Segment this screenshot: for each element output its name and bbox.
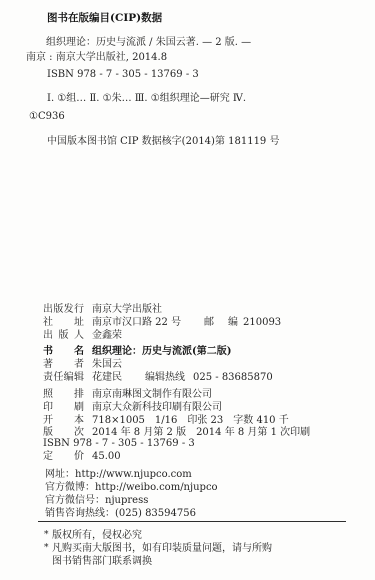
cip-title-line: 组织理论：历史与流派 / 朱国云著. — 2 版. — [46,37,375,49]
row-label: 定价 [43,451,84,463]
cip-isbn-line: ISBN 978 - 7 - 305 - 13769 - 3 [47,69,375,81]
colophon-row-typesetting: 照排 南京南琳图文制作有限公司 [0,389,375,401]
wechat-line: 官方微信号：njupress [45,495,375,507]
row-label: 书名 [43,346,84,358]
sales-hotline-line: 销售咨询热线：(025) 83594756 [45,508,375,520]
postcode-value: 210093 [243,317,281,329]
row-value: 南京大众新科技印刷有限公司 [92,402,222,414]
row-value: 南京南琳图文制作有限公司 [92,389,212,401]
colophon-row-price: 定价 45.00 [0,451,375,463]
row-label: 印刷 [43,402,84,414]
row-label: 著者 [43,359,84,371]
website-line: 网址：http://www.njupco.com [45,469,375,481]
cip-header: 图书在版编目(CIP)数据 [47,12,375,24]
cip-record-number-line: 中国版本图书馆 CIP 数据核字(2014)第 181119 号 [47,136,375,148]
colophon-row-author: 著者 朱国云 [0,359,375,371]
row-label: 责任编辑 [43,372,84,384]
row-label: 出版发行 [43,304,84,316]
row-value: 南京市汉口路 22 号 [92,317,181,329]
colophon-row-address: 社址 南京市汉口路 22 号 邮编 210093 [0,317,375,329]
row-value: 金鑫荣 [92,330,122,342]
editor-hotline-label: 编辑热线 [145,372,185,384]
colophon-row-printing: 印刷 南京大众新科技印刷有限公司 [0,402,375,414]
weibo-line: 官方微博：http://weibo.com/njupco [45,482,375,494]
cip-classification-line-1: Ⅰ. ①组… Ⅱ. ①朱… Ⅲ. ①组织理论—研究 Ⅳ. [47,93,375,105]
row-value: 朱国云 [92,359,122,371]
row-value: 组织理论：历史与流派(第二版) [92,346,231,358]
row-label: 开本 [43,415,84,427]
row-value: 718×1005 1/16 印张 23 字数 410 千 [92,415,289,427]
postcode-label: 邮编 [204,317,238,329]
quality-notice-line-1: 凡购买南大版图书，如有印装质量问题，请与所购 [52,543,375,555]
row-label: 出版人 [43,330,84,342]
row-value: 南京大学出版社 [92,304,162,316]
colophon-row-editor: 责任编辑 花建民 编辑热线 025 - 83685870 [0,372,375,384]
cip-classification-line-2: ①C936 [29,111,375,123]
colophon-isbn-line: ISBN 978 - 7 - 305 - 13769 - 3 [43,438,195,450]
copyright-notice: 版权所有，侵权必究 [52,530,375,542]
editor-hotline-value: 025 - 83685870 [193,372,273,384]
row-value: 45.00 [92,451,121,463]
quality-notice-line-2: 图书销售部门联系调换 [52,556,375,568]
cip-publisher-line: 南京 : 南京大学出版社, 2014.8 [26,52,375,64]
row-label: 照排 [43,389,84,401]
colophon-row-publisher-person: 出版人 金鑫荣 [0,330,375,342]
colophon-row-format: 开本 718×1005 1/16 印张 23 字数 410 千 [0,415,375,427]
row-value: 花建民 [92,372,122,384]
footer-divider [38,521,346,522]
book-copyright-page: 图书在版编目(CIP)数据 组织理论：历史与流派 / 朱国云著. — 2 版. … [0,0,375,580]
colophon-row-publisher: 出版发行 南京大学出版社 [0,304,375,316]
row-label: 社址 [43,317,84,329]
colophon-row-book-title: 书名 组织理论：历史与流派(第二版) [0,346,375,358]
